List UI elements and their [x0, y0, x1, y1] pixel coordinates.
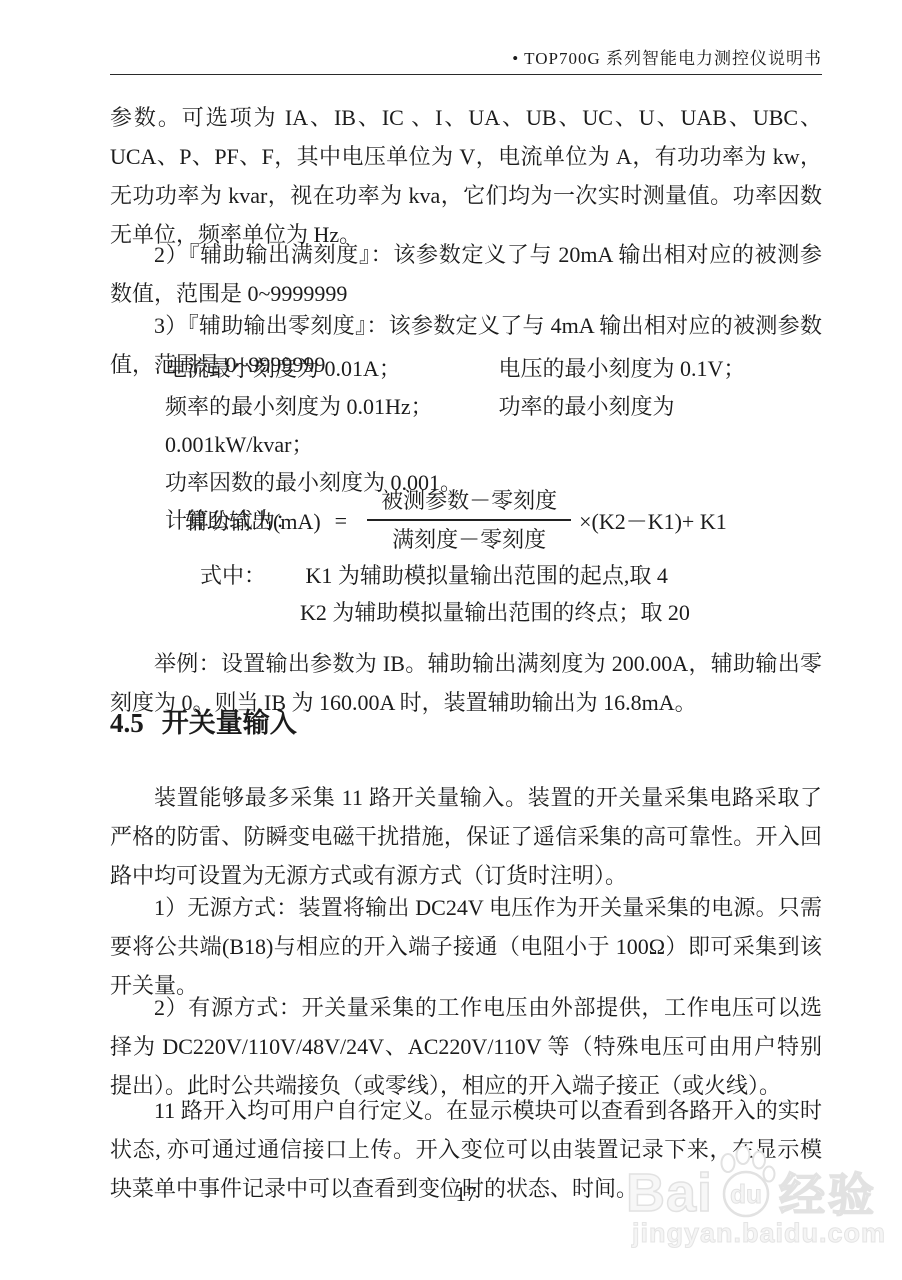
- formula-fraction: 被测参数－零刻度 满刻度－零刻度: [367, 488, 571, 553]
- scale-current: 电流最小刻度为 0.01A；: [165, 350, 493, 388]
- where-label: 式中：: [200, 557, 300, 594]
- header-title: • TOP700G 系列智能电力测控仪说明书: [512, 49, 822, 68]
- fraction-numerator: 被测参数－零刻度: [367, 488, 571, 519]
- section-title: 开关量输入: [162, 708, 297, 738]
- item-aux-output-full-scale: 2）『辅助输出满刻度』：该参数定义了与 20mA 输出相对应的被测参数值，范围是…: [110, 235, 822, 313]
- page-header: • TOP700G 系列智能电力测控仪说明书: [110, 44, 822, 75]
- paragraph-active-mode: 2）有源方式：开关量采集的工作电压由外部提供，工作电压可以选择为 DC220V/…: [110, 988, 822, 1105]
- scale-row: 频率的最小刻度为 0.01Hz； 功率的最小刻度为 0.001kW/kvar；: [165, 388, 822, 464]
- manual-page: • TOP700G 系列智能电力测控仪说明书 参数。可选项为 IA、IB、IC …: [0, 0, 902, 1280]
- formula-rhs: ×(K2－K1)+ K1: [579, 505, 727, 536]
- formula-where-clause: 式中： K1 为辅助模拟量输出范围的起点,取 4 K2 为辅助模拟量输出范围的终…: [110, 557, 822, 631]
- section-number: 4.5: [110, 708, 144, 738]
- formula-lhs: 辅助输出(mA): [185, 505, 321, 536]
- section-heading: 4.5开关量输入: [110, 702, 822, 744]
- where-k1-line: 式中： K1 为辅助模拟量输出范围的起点,取 4: [110, 557, 822, 594]
- paragraph-switch-input-intro: 装置能够最多采集 11 路开关量输入。装置的开关量采集电路采取了严格的防雷、防瞬…: [110, 778, 822, 895]
- fraction-denominator: 满刻度－零刻度: [367, 519, 571, 553]
- aux-output-formula: 辅助输出(mA) = 被测参数－零刻度 满刻度－零刻度 ×(K2－K1)+ K1: [185, 488, 825, 553]
- scale-row: 电流最小刻度为 0.01A； 电压的最小刻度为 0.1V；: [165, 350, 822, 388]
- where-k1: K1 为辅助模拟量输出范围的起点,取 4: [306, 563, 668, 588]
- equals-sign: =: [335, 508, 347, 534]
- page-number: 17: [110, 1182, 822, 1207]
- paragraph-parameters: 参数。可选项为 IA、IB、IC 、I、UA、UB、UC、U、UAB、UBC、U…: [110, 98, 822, 254]
- scale-voltage: 电压的最小刻度为 0.1V；: [499, 356, 746, 381]
- watermark-url: jingyan.baidu.com: [632, 1218, 902, 1249]
- where-k2: K2 为辅助模拟量输出范围的终点；取 20: [300, 594, 822, 631]
- scale-frequency: 频率的最小刻度为 0.01Hz；: [165, 388, 493, 426]
